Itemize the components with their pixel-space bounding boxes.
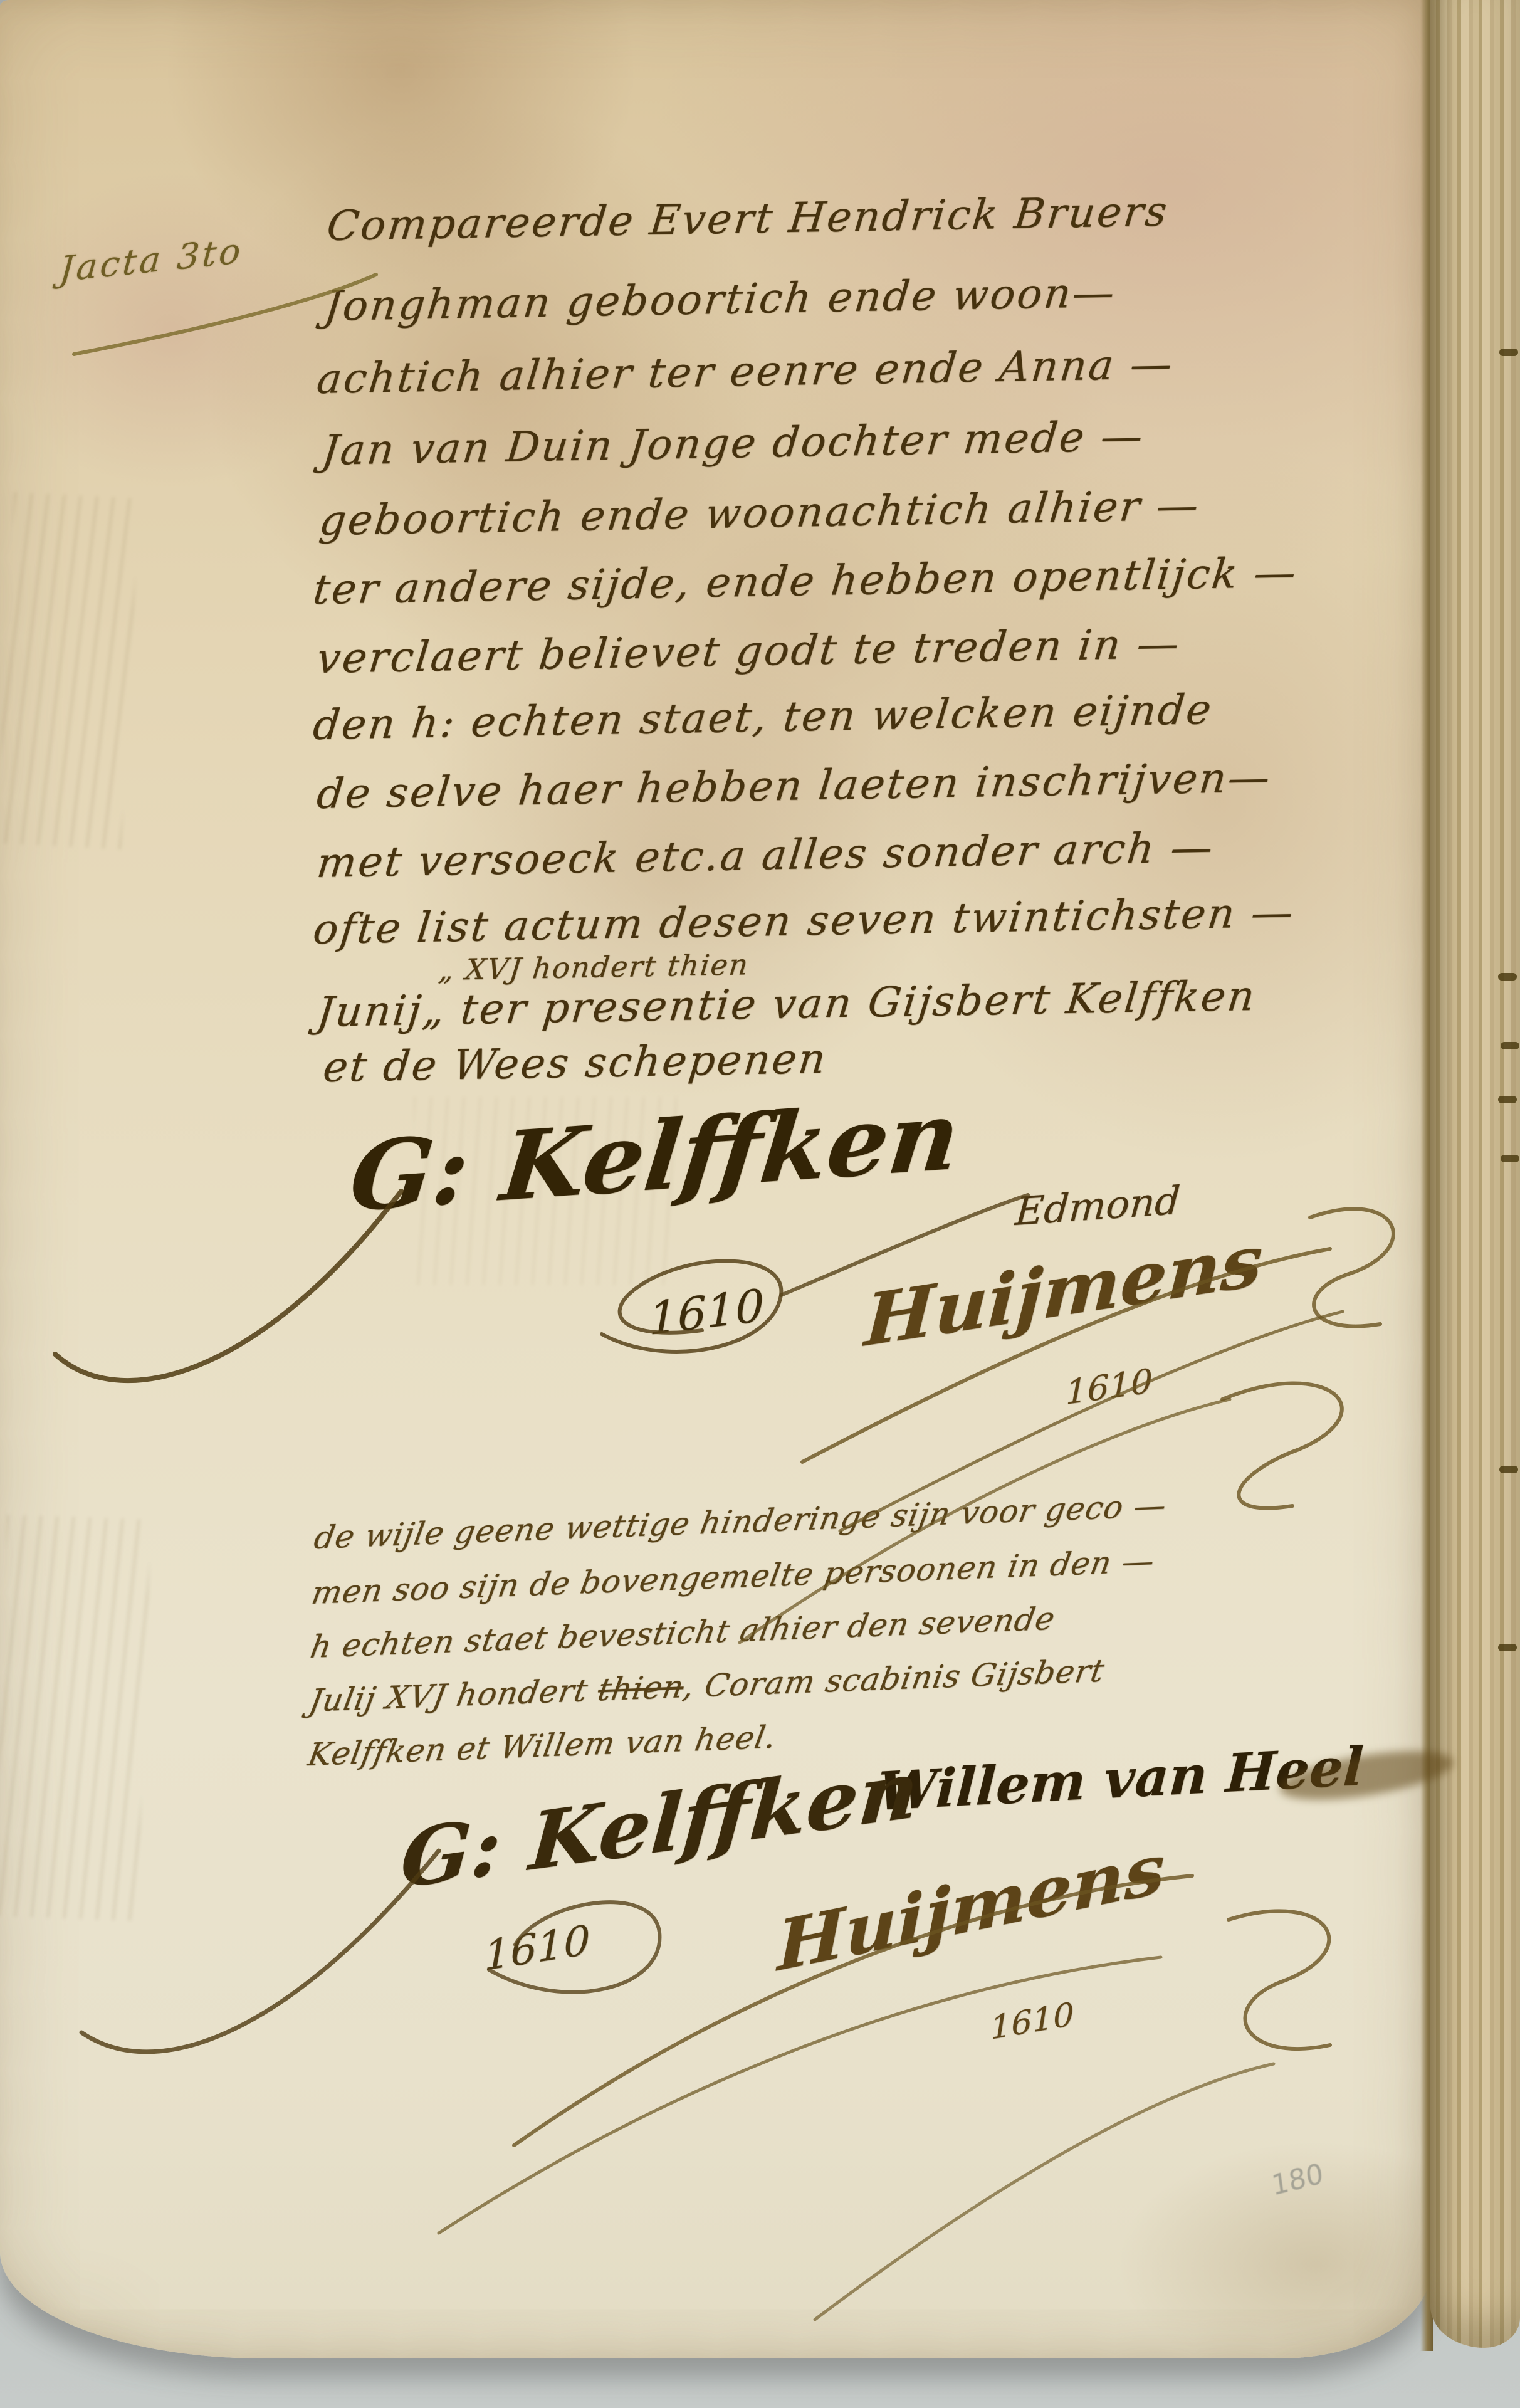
fore-edge-ink-mark <box>1498 973 1517 981</box>
fore-edge-ink-mark <box>1499 349 1518 356</box>
fore-edge-ink-mark <box>1501 1042 1519 1049</box>
fore-edge-ink-mark <box>1498 1644 1517 1651</box>
fore-edge-ink-mark <box>1501 1155 1519 1162</box>
manuscript-line: et de Wees schepenen <box>321 1034 830 1091</box>
fore-edge-ink-mark <box>1498 1096 1517 1103</box>
bleed-through-text <box>0 492 140 849</box>
struck-word: thien <box>595 1668 687 1708</box>
fore-edge-ink-mark <box>1499 1466 1518 1473</box>
bleed-through-text <box>0 1515 151 1921</box>
manuscript-scan: Jacta 3to Compareerde Evert Hendrick Bru… <box>0 0 1520 2408</box>
